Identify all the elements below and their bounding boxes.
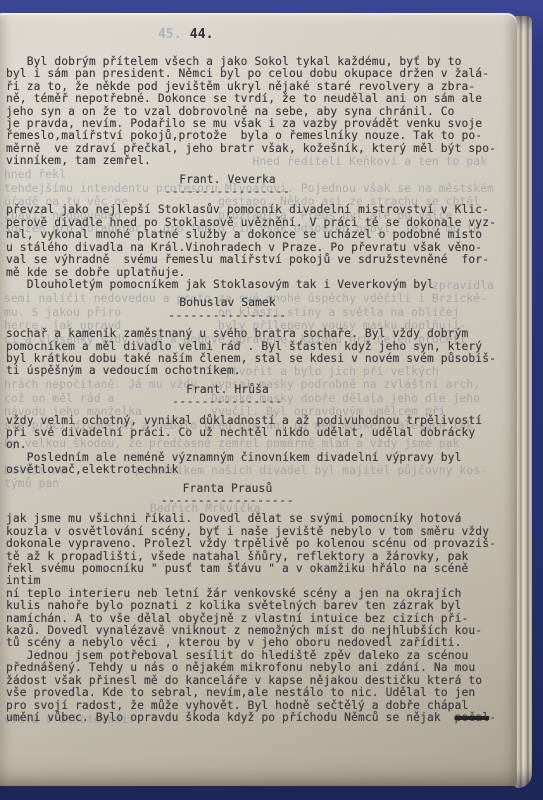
page-number-row: 45.44.	[158, 27, 509, 42]
line-end-hyphen: -	[489, 711, 496, 724]
paragraph-hrusa: vždy velmi ochotný, vynikal důkladností …	[6, 415, 509, 477]
paragraph-veverka: převzal jako nejlepší Stoklasův pomocník…	[6, 204, 509, 291]
paragraph-samek: sochař a kameník zaměstnaný u svého brat…	[6, 328, 509, 378]
page-number: 44.	[190, 27, 214, 42]
section-heading-hrusa: Frant. Hrůša ---------------	[0, 384, 479, 409]
heading-underline: ------------------	[0, 495, 479, 507]
paragraph-president: Byl dobrým přítelem všech a jako Sokol t…	[6, 56, 509, 168]
section-heading-veverka: Frant. Veverka -----------------	[0, 174, 479, 199]
heading-underline: ----------------	[0, 310, 479, 322]
paragraph-prausu-text: jak jsme mu všichni říkali. Dovedl dělat…	[6, 512, 496, 724]
section-heading-samek: Bohuslav Samek ----------------	[0, 297, 479, 322]
book-cover: Hned řediteli Keňkovi a ten to pak hned …	[0, 0, 543, 800]
paragraph-prausu: jak jsme mu všichni říkali. Dovedl dělat…	[6, 513, 509, 724]
section-heading-prausu: Franta Prausů ------------------	[0, 483, 479, 508]
struck-word: počal	[455, 711, 490, 724]
typed-page-content: 45.44. Byl dobrým přítelem všech a jako …	[0, 13, 517, 786]
heading-underline: ---------------	[0, 396, 479, 408]
heading-underline: -----------------	[0, 186, 479, 198]
ghost-page-number: 45.	[158, 27, 182, 42]
page-sheet: Hned řediteli Keňkovi a ten to pak hned …	[0, 13, 517, 786]
